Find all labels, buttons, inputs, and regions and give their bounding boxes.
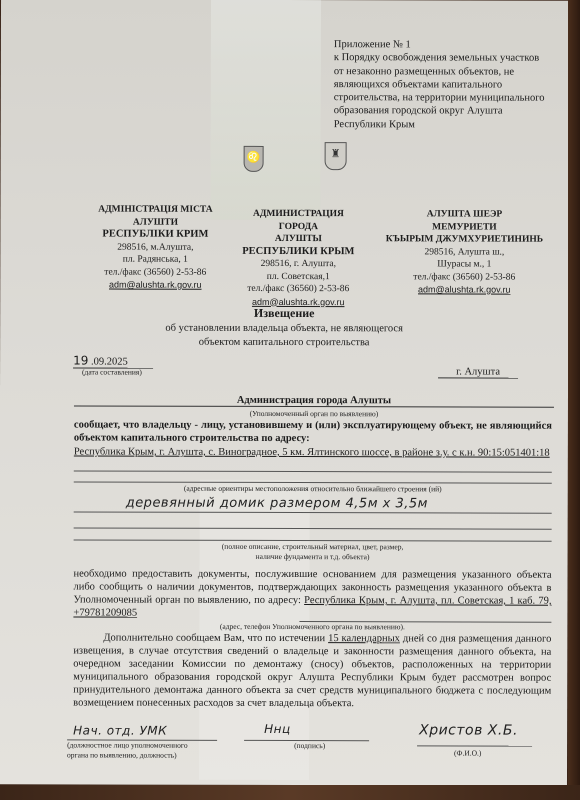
deadline-period: 15 календарных (328, 633, 400, 644)
notice-document: Приложение № 1 к Порядку освобождения зе… (0, 0, 569, 786)
position-handwritten: Нач. отд. УМК (73, 723, 167, 737)
subtitle-line: объектом капитального строительства (0, 335, 568, 350)
form-line (74, 470, 552, 472)
position-caption-line: органа по выявлению, должность) (67, 750, 188, 760)
subtitle-line: об установлении владельца объекта, не яв… (0, 321, 568, 336)
header-address-line: тел./факс (36560) 2-53-86 (384, 271, 544, 284)
date-day-handwritten: 19 (73, 353, 88, 367)
header-name-line: АЛУШТЫ (232, 233, 364, 246)
request-paragraph: необходимо предоставить документы, послу… (73, 567, 551, 620)
signature-handwritten: Ннц (264, 722, 291, 736)
contact-caption: (адрес, телефон Уполномоченного органа п… (73, 621, 551, 631)
header-name-line: РЕСПУБЛІКИ КРИМ (90, 228, 220, 241)
header-name-line: АЛУШТИ (90, 216, 220, 229)
header-name-line: МЕМУРИЕТИ (384, 221, 544, 234)
appendix-note: Приложение № 1 к Порядку освобождения зе… (334, 38, 574, 132)
additional-text: Дополнительно сообщаем Вам, что по истеч… (73, 632, 328, 644)
authority-caption: (Уполномоченный орган по выявлению) (74, 408, 554, 418)
appendix-line: образования городской округ Алушта (334, 105, 574, 119)
header-address-line: пл. Советская,1 (232, 270, 364, 283)
form-line (74, 527, 552, 529)
header-name-line: КЪЫРЫМ ДЖУМХУРИЕТИНИНЬ (384, 233, 544, 246)
appendix-line: к Порядку освобождения земельных участко… (334, 51, 574, 65)
description-caption-line: наличие фундамента и т.д. объекта) (74, 551, 552, 562)
description-caption: (полное описание, строительный материал,… (74, 541, 552, 562)
header-address-line: 298516, г. Алушта, (232, 258, 364, 271)
appendix-line: от незаконно размещенных объектов, не (334, 65, 574, 79)
header-name-line: АЛУШТА ШЕЭР (384, 208, 544, 221)
header-crimean-tatar: АЛУШТА ШЕЭР МЕМУРИЕТИ КЪЫРЫМ ДЖУМХУРИЕТИ… (384, 208, 544, 296)
signature-line (417, 745, 532, 746)
header-ukrainian: АДМІНІСТРАЦІЯ МІСТА АЛУШТИ РЕСПУБЛІКИ КР… (90, 203, 220, 291)
additional-text-rest: дней со дня размещения данного извещения… (73, 633, 551, 709)
name-handwritten: Христов Х.Б. (419, 722, 518, 738)
form-line (74, 511, 552, 513)
header-email[interactable]: adm@alushta.rk.gov.ru (384, 283, 544, 296)
tape-overlay (210, 0, 321, 220)
header-address-line: тел./факс (36560) 2-53-86 (90, 266, 220, 279)
header-email[interactable]: adm@alushta.rk.gov.ru (90, 278, 220, 291)
city-field: г. Алушта (438, 366, 518, 378)
position-caption: (должностное лицо уполномоченного органа… (67, 740, 188, 760)
object-description-handwritten: деревянный домик размером 4,5м х 3,5м (126, 496, 428, 512)
header-address-line: тел./факс (36560) 2-53-86 (232, 283, 364, 296)
header-address-line: пл. Радянська, 1 (90, 253, 220, 266)
object-address: Республика Крым, г. Алушта, с. Виноградн… (74, 445, 552, 459)
document-subtitle: об установлении владельца объекта, не яв… (0, 321, 568, 350)
appendix-line: Республики Крым (334, 118, 574, 132)
document-title: Извещение (0, 305, 568, 321)
appendix-line: Приложение № 1 (334, 38, 574, 52)
date-month-year: .09.2025 (91, 356, 128, 367)
header-name-line: РЕСПУБЛИКИ КРЫМ (232, 245, 364, 258)
header-address-line: Шурасы м., 1 (384, 258, 544, 271)
header-address-line: 298516, м.Алушта, (90, 241, 220, 254)
header-name-line: АДМІНІСТРАЦІЯ МІСТА (90, 203, 220, 216)
authority-name: Администрация города Алушты (74, 394, 554, 407)
date-field: 19 .09.2025 (73, 353, 153, 368)
alushta-coat-of-arms-icon: ♜ (325, 142, 347, 170)
header-name-line: АДМИНИСТРАЦИЯ ГОРОДА (232, 208, 364, 233)
additional-paragraph: Дополнительно сообщаем Вам, что по истеч… (73, 631, 551, 710)
position-caption-line: (должностное лицо уполномоченного (67, 740, 188, 750)
header-address-line: 298516, Алушта ш., (384, 246, 544, 259)
wood-background (568, 0, 580, 800)
crimea-coat-of-arms-icon: ♌ (244, 146, 264, 172)
name-caption: (Ф.И.О.) (454, 748, 481, 758)
notice-statement: сообщает, что владельцу - лицу, установи… (74, 418, 552, 445)
header-russian: АДМИНИСТРАЦИЯ ГОРОДА АЛУШТЫ РЕСПУБЛИКИ К… (232, 208, 364, 308)
appendix-line: строительства, на территории муниципальн… (334, 91, 574, 105)
date-caption: (дата составления) (82, 367, 142, 376)
wood-background-bottom (0, 785, 580, 800)
signature-caption: (подпись) (294, 741, 325, 751)
appendix-line: являющихся объектами капитального (334, 78, 574, 92)
landmarks-caption: (адресные ориентиры местоположения относ… (74, 483, 552, 493)
